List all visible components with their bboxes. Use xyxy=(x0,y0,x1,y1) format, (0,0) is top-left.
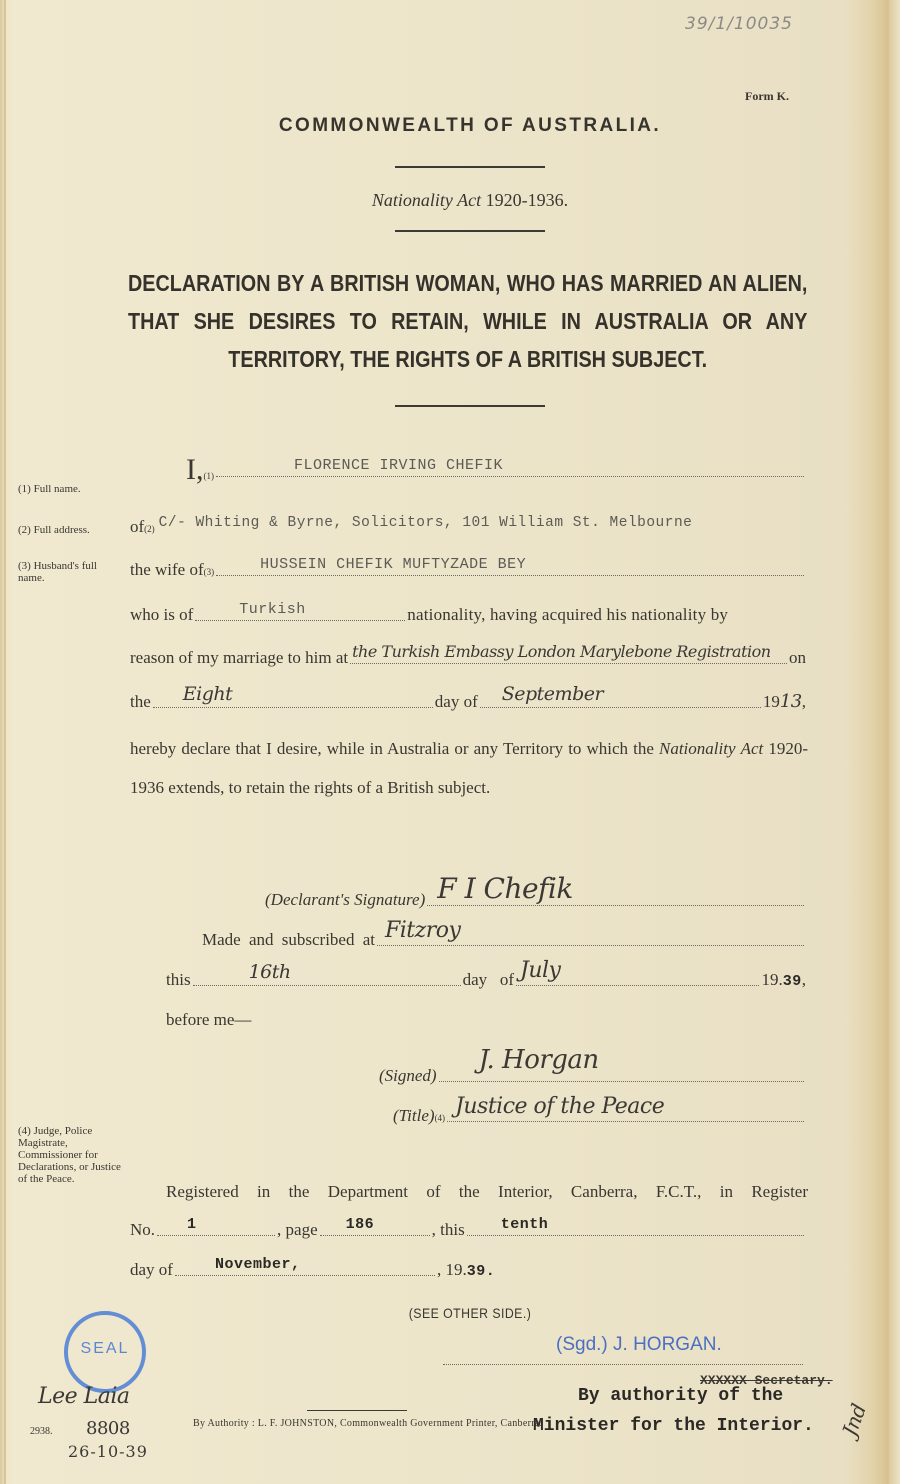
on-label: on xyxy=(789,648,806,668)
who-is-of-label: who is of xyxy=(130,605,193,625)
before-me-label: before me— xyxy=(166,1010,251,1030)
margin-note-full-address: (2) Full address. xyxy=(18,524,90,536)
act-name: Nationality Act xyxy=(372,190,481,210)
signed-label: (Signed) xyxy=(379,1066,437,1086)
margin-note-husband-name: (3) Husband's full name. xyxy=(18,560,108,584)
execution-year-value: 39 xyxy=(783,973,802,990)
execution-month-value: July xyxy=(520,958,560,983)
marriage-year-value: 13 xyxy=(780,691,802,712)
register-no-value: 1 xyxy=(187,1216,197,1233)
authority-line-1: By authority of the xyxy=(578,1386,783,1406)
marriage-place-value: the Turkish Embassy London Marylebone Re… xyxy=(352,642,770,661)
seal-label: SEAL xyxy=(64,1340,146,1358)
see-other-side-note: (SEE OTHER SIDE.) xyxy=(56,1305,883,1321)
heading-line: DECLARATION BY A BRITISH WOMAN, WHO HAS … xyxy=(128,264,807,302)
printer-year: 2938. xyxy=(30,1426,53,1437)
nationality-tail: nationality, having acquired his nationa… xyxy=(407,605,728,625)
nationality-row: who is of Turkish nationality, having ac… xyxy=(130,605,806,625)
registration-day-field: tenth xyxy=(467,1234,804,1236)
jurisdiction-title: COMMONWEALTH OF AUSTRALIA. xyxy=(0,115,900,137)
declarant-signature-row: (Declarant's Signature) F I Chefik xyxy=(265,890,806,910)
divider-rule xyxy=(395,230,545,232)
year-prefix: 19 xyxy=(761,970,778,990)
day-of-label: day of xyxy=(130,1260,173,1280)
stamp-signature-line xyxy=(443,1364,803,1365)
margin-note-title: (4) Judge, Police Magistrate, Commission… xyxy=(18,1125,128,1185)
signature-label: (Declarant's Signature) xyxy=(265,890,425,910)
registration-year-value: 39. xyxy=(467,1263,496,1280)
printer-rule xyxy=(307,1410,407,1411)
i-label: I, xyxy=(186,460,204,480)
register-no-field: 1 xyxy=(157,1234,275,1236)
year-prefix: , 19 xyxy=(437,1260,463,1280)
archive-reference: 39/1/10035 xyxy=(685,14,793,34)
husband-row: the wife of(3) HUSSEIN CHEFIK MUFTYZADE … xyxy=(130,560,806,580)
divider-rule xyxy=(395,166,545,168)
this-label: this xyxy=(166,970,191,990)
footnote-ref: (3) xyxy=(204,567,215,577)
registration-month-field: November, xyxy=(175,1274,435,1276)
address-field: C/- Whiting & Byrne, Solicitors, 101 Wil… xyxy=(157,532,804,533)
act-years: 1920-1936. xyxy=(486,190,569,210)
margin-note-full-name: (1) Full name. xyxy=(18,483,81,495)
footnote-ref: (1) xyxy=(204,471,215,481)
form-label: Form K. xyxy=(745,89,789,104)
page-label: , page xyxy=(277,1220,318,1240)
act-title: Nationality Act 1920-1936. xyxy=(0,190,900,211)
heading-line: THAT SHE DESIRES TO RETAIN, WHILE IN AUS… xyxy=(128,302,807,340)
reason-label: reason of my marriage to him at xyxy=(130,648,348,668)
nationality-value: Turkish xyxy=(239,601,306,618)
page-field: 186 xyxy=(320,1234,430,1236)
registration-month-row: day of November, , 19.39. xyxy=(130,1260,530,1280)
heading-line: TERRITORY, THE RIGHTS OF A BRITISH SUBJE… xyxy=(128,340,807,378)
full-name-row: I,(1) FLORENCE IRVING CHEFIK xyxy=(186,460,806,481)
page-value: 186 xyxy=(346,1216,375,1233)
marriage-date-row: the Eight day of September 19 13, xyxy=(130,691,806,712)
witness-title-value: Justice of the Peace xyxy=(455,1094,664,1119)
the-label: the xyxy=(130,692,151,712)
page-edge-right xyxy=(886,0,889,1484)
authority-line-2: Minister for the Interior. xyxy=(533,1416,814,1436)
full-name-value: FLORENCE IRVING CHEFIK xyxy=(294,457,503,474)
full-name-field: FLORENCE IRVING CHEFIK xyxy=(216,475,804,477)
registration-month-value: November, xyxy=(215,1256,301,1273)
marriage-place-row: reason of my marriage to him at the Turk… xyxy=(130,648,806,668)
handwritten-date: 26-10-39 xyxy=(68,1442,148,1461)
document-page: 39/1/10035 Form K. COMMONWEALTH OF AUSTR… xyxy=(0,0,900,1484)
declaration-statement: hereby declare that I desire, while in A… xyxy=(130,729,808,807)
witness-signature: J. Horgan xyxy=(479,1045,599,1075)
marriage-place-field: the Turkish Embassy London Marylebone Re… xyxy=(350,662,787,664)
place-field: Fitzroy xyxy=(377,944,804,946)
witness-signature-field: J. Horgan xyxy=(439,1080,804,1082)
marriage-day-value: Eight xyxy=(183,683,232,705)
nationality-field: Turkish xyxy=(195,619,405,621)
this-label: , this xyxy=(432,1220,465,1240)
footnote-ref: (2) xyxy=(144,524,155,534)
page-edge-left xyxy=(4,0,6,1484)
printer-credit: By Authority : L. F. JOHNSTON, Commonwea… xyxy=(193,1418,542,1429)
initials: Jnd xyxy=(837,1401,871,1439)
address-value: C/- Whiting & Byrne, Solicitors, 101 Wil… xyxy=(159,515,693,531)
execution-day-field: 16th xyxy=(193,984,461,986)
witness-title-field: Justice of the Peace xyxy=(447,1120,804,1122)
marriage-month-value: September xyxy=(502,683,603,705)
marriage-day-field: Eight xyxy=(153,706,433,708)
made-at-label: Made and subscribed at xyxy=(202,930,375,950)
execution-day-value: 16th xyxy=(249,961,291,983)
handwritten-name: Lee Laia xyxy=(38,1384,130,1409)
marriage-month-field: September xyxy=(480,706,761,708)
statement-italic: Nationality xyxy=(659,739,736,758)
divider-rule xyxy=(395,405,545,407)
witness-signed-row: (Signed) J. Horgan xyxy=(379,1066,806,1086)
handwritten-number: 8808 xyxy=(86,1418,130,1439)
day-label: day xyxy=(463,970,488,990)
execution-date-row: this 16th day of July 19.39, xyxy=(166,970,806,990)
signature-field: F I Chefik xyxy=(427,904,804,906)
place-value: Fitzroy xyxy=(385,918,460,943)
statement-text: hereby declare that I desire, while in A… xyxy=(130,739,654,758)
secretary-stamp: (Sgd.) J. HORGAN. xyxy=(556,1334,722,1356)
witness-title-row: (Title)(4) Justice of the Peace xyxy=(393,1106,806,1126)
execution-month-field: July xyxy=(516,984,759,986)
no-label: No. xyxy=(130,1220,155,1240)
registration-day-value: tenth xyxy=(501,1216,549,1233)
footnote-ref: (4) xyxy=(435,1113,446,1123)
husband-name-value: HUSSEIN CHEFIK MUFTYZADE BEY xyxy=(260,556,526,573)
registration-intro: Registered in the Department of the Inte… xyxy=(166,1172,808,1211)
register-number-row: No. 1 , page 186 , this tenth xyxy=(130,1220,806,1240)
day-of-label: day of xyxy=(435,692,478,712)
declaration-heading: DECLARATION BY A BRITISH WOMAN, WHO HAS … xyxy=(128,264,807,378)
declarant-signature: F I Chefik xyxy=(437,872,573,905)
address-row: of(2) C/- Whiting & Byrne, Solicitors, 1… xyxy=(130,517,806,537)
title-label: (Title) xyxy=(393,1106,435,1126)
statement-italic: Act xyxy=(741,739,764,758)
of-label: of xyxy=(500,970,514,990)
husband-name-field: HUSSEIN CHEFIK MUFTYZADE BEY xyxy=(216,574,804,576)
place-row: Made and subscribed at Fitzroy xyxy=(202,930,806,950)
wife-of-label: the wife of xyxy=(130,560,204,580)
year-prefix: 19 xyxy=(763,692,780,712)
of-label: of xyxy=(130,517,144,537)
